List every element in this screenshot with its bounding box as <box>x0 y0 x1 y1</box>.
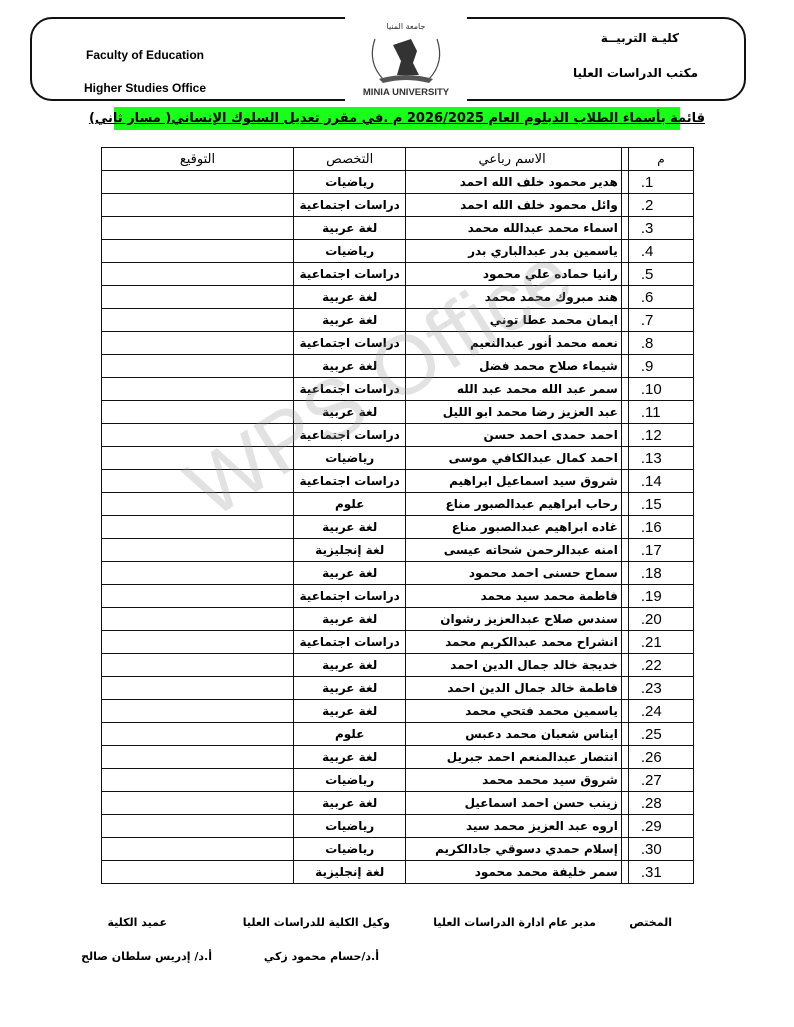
student-specialty: لغة عربية <box>293 516 405 539</box>
signature-cell[interactable] <box>102 677 294 700</box>
header-specialty: التخصص <box>293 148 405 171</box>
student-name: احمد حمدى احمد حسن <box>406 424 628 447</box>
student-name: نعمه محمد أنور عبدالنعيم <box>406 332 628 355</box>
svg-text:MINIA UNIVERSITY: MINIA UNIVERSITY <box>363 87 450 98</box>
table-row: 20.سندس صلاح عبدالعزيز رشوانلغة عربية <box>102 608 694 631</box>
student-name: انتصار عبدالمنعم احمد جبريل <box>406 746 628 769</box>
student-name: اسماء محمد عبدالله محمد <box>406 217 628 240</box>
signature-cell[interactable] <box>102 355 294 378</box>
footer-role-dean: عميد الكلية <box>107 916 167 929</box>
signature-cell[interactable] <box>102 240 294 263</box>
table-row: 30.إسلام حمدي دسوقي جادالكريمرياضيات <box>102 838 694 861</box>
student-name: خديجة خالد جمال الدين احمد <box>406 654 628 677</box>
signature-cell[interactable] <box>102 562 294 585</box>
row-number: 1. <box>628 171 693 194</box>
signature-cell[interactable] <box>102 378 294 401</box>
student-name: رانيا حماده علي محمود <box>406 263 628 286</box>
student-specialty: دراسات اجتماعية <box>293 194 405 217</box>
table-row: 23.فاطمة خالد جمال الدين احمدلغة عربية <box>102 677 694 700</box>
signature-cell[interactable] <box>102 447 294 470</box>
signature-cell[interactable] <box>102 631 294 654</box>
table-row: 21.انشراح محمد عبدالكريم محمددراسات اجتم… <box>102 631 694 654</box>
row-number: 31. <box>628 861 693 884</box>
row-number: 30. <box>628 838 693 861</box>
student-name: سمر عبد الله محمد عبد الله <box>406 378 628 401</box>
student-name: هدير محمود خلف الله احمد <box>406 171 628 194</box>
row-number: 20. <box>628 608 693 631</box>
row-number: 23. <box>628 677 693 700</box>
signature-cell[interactable] <box>102 263 294 286</box>
footer-role-vice-dean: وكيل الكلية للدراسات العليا <box>243 916 390 929</box>
signature-cell[interactable] <box>102 493 294 516</box>
footer-name-vice-dean: أ.د/حسام محمود زكي <box>264 950 379 963</box>
table-row: 14.شروق سيد اسماعيل ابراهيمدراسات اجتماع… <box>102 470 694 493</box>
signature-cell[interactable] <box>102 470 294 493</box>
signature-cell[interactable] <box>102 700 294 723</box>
signature-cell[interactable] <box>102 516 294 539</box>
row-number: 13. <box>628 447 693 470</box>
signature-cell[interactable] <box>102 585 294 608</box>
row-number: 3. <box>628 217 693 240</box>
student-specialty: علوم <box>293 723 405 746</box>
student-name: شروق سيد محمد محمد <box>406 769 628 792</box>
student-specialty: رياضيات <box>293 838 405 861</box>
signature-cell[interactable] <box>102 769 294 792</box>
student-specialty: رياضيات <box>293 240 405 263</box>
table-row: 5.رانيا حماده علي محموددراسات اجتماعية <box>102 263 694 286</box>
table-row: 8.نعمه محمد أنور عبدالنعيمدراسات اجتماعي… <box>102 332 694 355</box>
office-name-ar: مكتب الدراسات العليا <box>573 66 698 80</box>
student-name: شيماء صلاح محمد فضل <box>406 355 628 378</box>
table-row: 3.اسماء محمد عبدالله محمدلغة عربية <box>102 217 694 240</box>
student-specialty: لغة عربية <box>293 792 405 815</box>
student-specialty: دراسات اجتماعية <box>293 378 405 401</box>
student-name: احمد كمال عبدالكافي موسى <box>406 447 628 470</box>
table-row: 11.عبد العزيز رضا محمد ابو الليللغة عربي… <box>102 401 694 424</box>
footer-role-director: مدير عام ادارة الدراسات العليا <box>433 916 596 929</box>
signature-cell[interactable] <box>102 217 294 240</box>
signature-cell[interactable] <box>102 424 294 447</box>
student-name: عبد العزيز رضا محمد ابو الليل <box>406 401 628 424</box>
faculty-name-ar: كليـة التربيــة <box>601 31 679 45</box>
student-specialty: رياضيات <box>293 769 405 792</box>
student-specialty: لغة عربية <box>293 217 405 240</box>
student-specialty: لغة عربية <box>293 608 405 631</box>
student-specialty: لغة عربية <box>293 401 405 424</box>
signature-cell[interactable] <box>102 746 294 769</box>
student-name: إسلام حمدي دسوقي جادالكريم <box>406 838 628 861</box>
footer-role-specialist: المختص <box>629 916 672 929</box>
student-name: سماح حسنى احمد محمود <box>406 562 628 585</box>
header-signature: التوقيع <box>102 148 294 171</box>
row-number: 12. <box>628 424 693 447</box>
table-row: 2.وائل محمود خلف الله احمددراسات اجتماعي… <box>102 194 694 217</box>
row-number: 11. <box>628 401 693 424</box>
row-number: 26. <box>628 746 693 769</box>
student-specialty: لغة عربية <box>293 700 405 723</box>
office-name-en: Higher Studies Office <box>84 81 206 95</box>
student-name: فاطمة محمد سيد محمد <box>406 585 628 608</box>
student-specialty: رياضيات <box>293 447 405 470</box>
student-specialty: لغة إنجليزية <box>293 861 405 884</box>
student-name: رحاب ابراهيم عبدالصبور مناع <box>406 493 628 516</box>
signature-cell[interactable] <box>102 309 294 332</box>
row-number: 7. <box>628 309 693 332</box>
row-number: 9. <box>628 355 693 378</box>
table-row: 15.رحاب ابراهيم عبدالصبور مناععلوم <box>102 493 694 516</box>
student-specialty: لغة عربية <box>293 677 405 700</box>
table-row: 25.ايناس شعبان محمد دعبسعلوم <box>102 723 694 746</box>
student-specialty: لغة عربية <box>293 286 405 309</box>
student-name: ياسمين بدر عبدالباري بدر <box>406 240 628 263</box>
student-specialty: لغة عربية <box>293 746 405 769</box>
table-row: 13.احمد كمال عبدالكافي موسىرياضيات <box>102 447 694 470</box>
row-number: 25. <box>628 723 693 746</box>
table-row: 1.هدير محمود خلف الله احمدرياضيات <box>102 171 694 194</box>
students-table: م الاسم رباعي التخصص التوقيع 1.هدير محمو… <box>101 147 694 884</box>
table-row: 9.شيماء صلاح محمد فضللغة عربية <box>102 355 694 378</box>
signature-cell[interactable] <box>102 723 294 746</box>
signature-cell[interactable] <box>102 815 294 838</box>
student-specialty: علوم <box>293 493 405 516</box>
signature-cell[interactable] <box>102 194 294 217</box>
signature-cell[interactable] <box>102 401 294 424</box>
student-specialty: دراسات اجتماعية <box>293 470 405 493</box>
table-row: 31.سمر خليفة محمد محمودلغة إنجليزية <box>102 861 694 884</box>
table-row: 16.غاده ابراهيم عبدالصبور مناعلغة عربية <box>102 516 694 539</box>
table-row: 10.سمر عبد الله محمد عبد اللهدراسات اجتم… <box>102 378 694 401</box>
student-name: زينب حسن احمد اسماعيل <box>406 792 628 815</box>
university-logo: جامعة المنيا MINIA UNIVERSITY <box>345 17 467 101</box>
row-number: 29. <box>628 815 693 838</box>
table-row: 19.فاطمة محمد سيد محمددراسات اجتماعية <box>102 585 694 608</box>
table-row: 17.امنه عبدالرحمن شحاته عيسىلغة إنجليزية <box>102 539 694 562</box>
header-full-name: الاسم رباعي <box>406 148 628 171</box>
signature-cell[interactable] <box>102 286 294 309</box>
table-row: 6.هند مبروك محمد محمدلغة عربية <box>102 286 694 309</box>
student-specialty: رياضيات <box>293 171 405 194</box>
table-row: 4.ياسمين بدر عبدالباري بدررياضيات <box>102 240 694 263</box>
table-row: 12.احمد حمدى احمد حسندراسات اجتماعية <box>102 424 694 447</box>
student-specialty: لغة عربية <box>293 562 405 585</box>
row-number: 8. <box>628 332 693 355</box>
table-row: 26.انتصار عبدالمنعم احمد جبريللغة عربية <box>102 746 694 769</box>
table-row: 24.ياسمين محمد فتحي محمدلغة عربية <box>102 700 694 723</box>
row-number: 19. <box>628 585 693 608</box>
student-name: هند مبروك محمد محمد <box>406 286 628 309</box>
student-specialty: دراسات اجتماعية <box>293 332 405 355</box>
student-specialty: لغة إنجليزية <box>293 539 405 562</box>
signature-cell[interactable] <box>102 332 294 355</box>
student-name: امنه عبدالرحمن شحاته عيسى <box>406 539 628 562</box>
student-name: اروه عبد العزيز محمد سيد <box>406 815 628 838</box>
svg-text:جامعة المنيا: جامعة المنيا <box>387 22 426 31</box>
student-name: وائل محمود خلف الله احمد <box>406 194 628 217</box>
signature-cell[interactable] <box>102 654 294 677</box>
student-specialty: دراسات اجتماعية <box>293 424 405 447</box>
row-number: 21. <box>628 631 693 654</box>
row-number: 22. <box>628 654 693 677</box>
row-number: 16. <box>628 516 693 539</box>
row-number: 15. <box>628 493 693 516</box>
header-number: م <box>628 148 693 171</box>
document-title: قائمة بأسماء الطلاب الدبلوم العام 2026/2… <box>114 107 680 130</box>
row-number: 14. <box>628 470 693 493</box>
table-row: 7.ايمان محمد عطا تونيلغة عربية <box>102 309 694 332</box>
row-number: 6. <box>628 286 693 309</box>
student-specialty: دراسات اجتماعية <box>293 585 405 608</box>
table-row: 18.سماح حسنى احمد محمودلغة عربية <box>102 562 694 585</box>
student-name: انشراح محمد عبدالكريم محمد <box>406 631 628 654</box>
student-name: ايمان محمد عطا توني <box>406 309 628 332</box>
student-specialty: لغة عربية <box>293 654 405 677</box>
row-number: 27. <box>628 769 693 792</box>
student-name: ايناس شعبان محمد دعبس <box>406 723 628 746</box>
student-specialty: رياضيات <box>293 815 405 838</box>
signature-cell[interactable] <box>102 838 294 861</box>
student-specialty: لغة عربية <box>293 309 405 332</box>
table-row: 27.شروق سيد محمد محمدرياضيات <box>102 769 694 792</box>
student-name: غاده ابراهيم عبدالصبور مناع <box>406 516 628 539</box>
row-number: 10. <box>628 378 693 401</box>
signature-cell[interactable] <box>102 861 294 884</box>
faculty-name-en: Faculty of Education <box>86 48 204 62</box>
footer-name-dean: أ.د/ إدريس سلطان صالح <box>81 950 212 963</box>
signature-cell[interactable] <box>102 608 294 631</box>
row-number: 5. <box>628 263 693 286</box>
table-row: 29.اروه عبد العزيز محمد سيدرياضيات <box>102 815 694 838</box>
row-number: 24. <box>628 700 693 723</box>
row-number: 28. <box>628 792 693 815</box>
signature-cell[interactable] <box>102 792 294 815</box>
student-name: سمر خليفة محمد محمود <box>406 861 628 884</box>
student-name: ياسمين محمد فتحي محمد <box>406 700 628 723</box>
student-specialty: لغة عربية <box>293 355 405 378</box>
student-specialty: دراسات اجتماعية <box>293 631 405 654</box>
student-name: شروق سيد اسماعيل ابراهيم <box>406 470 628 493</box>
student-name: سندس صلاح عبدالعزيز رشوان <box>406 608 628 631</box>
table-header-row: م الاسم رباعي التخصص التوقيع <box>102 148 694 171</box>
row-number: 17. <box>628 539 693 562</box>
table-row: 28.زينب حسن احمد اسماعيللغة عربية <box>102 792 694 815</box>
row-number: 2. <box>628 194 693 217</box>
row-number: 18. <box>628 562 693 585</box>
signature-cell[interactable] <box>102 539 294 562</box>
table-row: 22.خديجة خالد جمال الدين احمدلغة عربية <box>102 654 694 677</box>
signature-cell[interactable] <box>102 171 294 194</box>
row-number: 4. <box>628 240 693 263</box>
student-name: فاطمة خالد جمال الدين احمد <box>406 677 628 700</box>
student-specialty: دراسات اجتماعية <box>293 263 405 286</box>
